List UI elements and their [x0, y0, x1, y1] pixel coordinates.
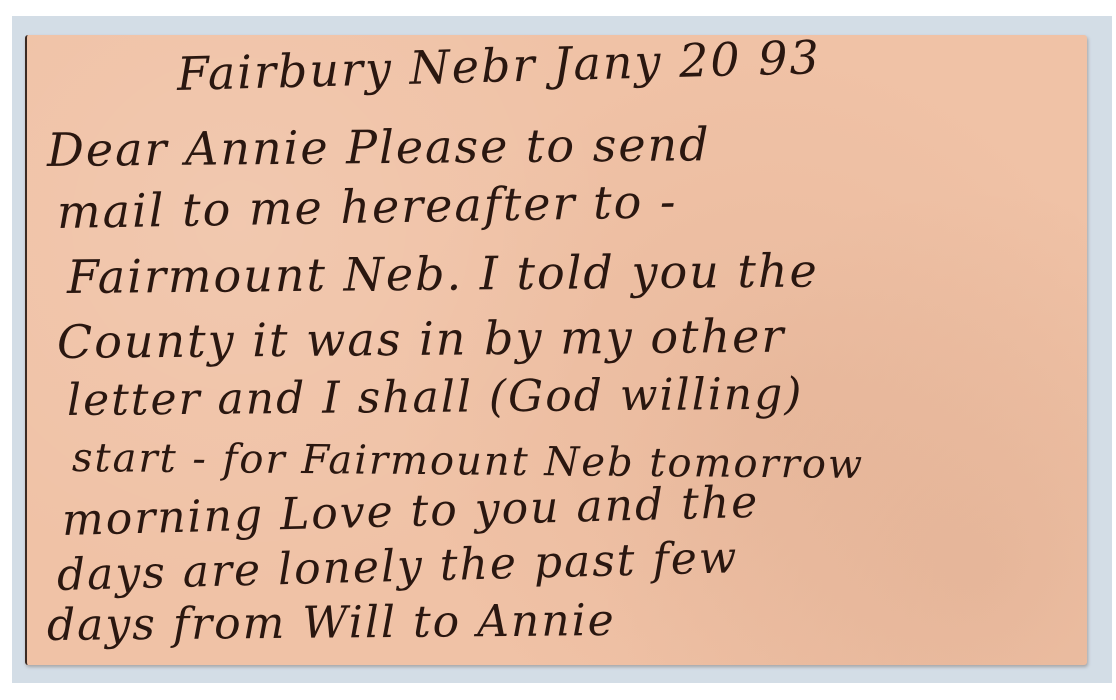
postcard-dateline: Fairbury Nebr Jany 20 93 — [176, 30, 821, 101]
postcard-text-line: Fairmount Neb. I told you the — [67, 243, 819, 304]
postcard-text-line: County it was in by my other — [57, 309, 786, 369]
postcard-text-line: letter and I shall (God willing) — [67, 369, 804, 426]
postcard: Fairbury Nebr Jany 20 93 Dear Annie Plea… — [25, 35, 1087, 665]
postcard-text-line: Dear Annie Please to send — [47, 117, 711, 177]
postcard-signature: days from Will to Annie — [47, 595, 616, 651]
postcard-text-line: mail to me hereafter to - — [57, 174, 678, 239]
